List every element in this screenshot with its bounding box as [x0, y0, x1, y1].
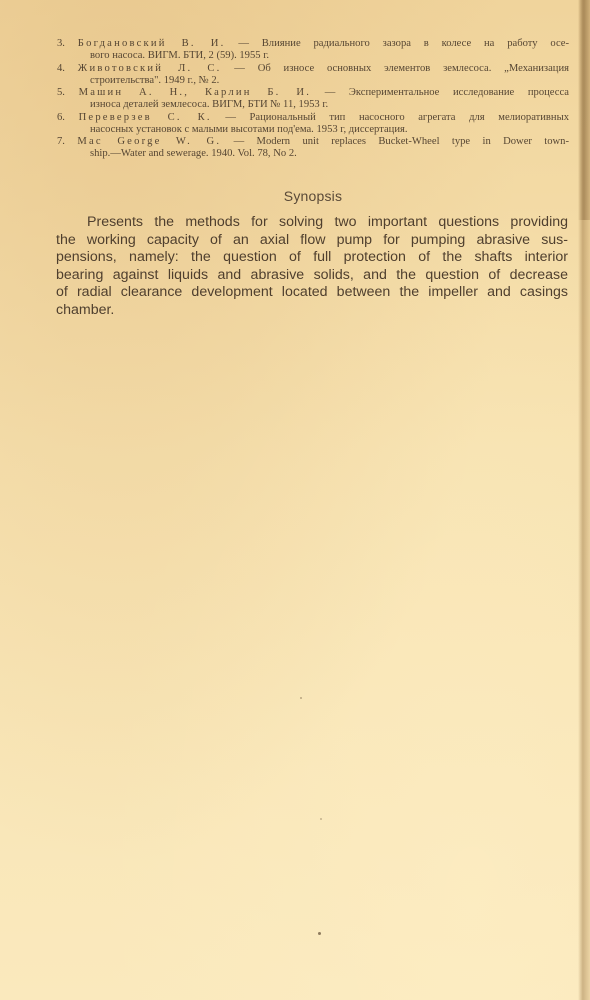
- page-edge-shadow-upper: [578, 0, 590, 220]
- synopsis-line: pensions, namely: the question of full p…: [56, 249, 568, 267]
- reference-number: 7.: [57, 136, 65, 147]
- reference-item: 3. Богдановский В. И. — Влияние радиальн…: [57, 38, 569, 62]
- synopsis-line: the working capacity of an axial flow pu…: [56, 232, 568, 250]
- paper-speck: [300, 697, 302, 699]
- synopsis-paragraph: Presents the methods for solving two imp…: [56, 214, 568, 319]
- reference-line-2: вого насоса. ВИГМ. БТИ, 2 (59). 1955 г.: [57, 50, 569, 62]
- reference-author: Mac George W. G.: [77, 136, 221, 147]
- reference-title: — Modern unit replaces Bucket-Wheel type…: [234, 136, 569, 147]
- reference-number: 6.: [57, 112, 65, 123]
- paper-speck: [318, 932, 321, 935]
- reference-line-2: ship.—Water and sewerage. 1940. Vol. 78,…: [57, 148, 569, 160]
- reference-line-1: 3. Богдановский В. И. — Влияние радиальн…: [57, 38, 569, 50]
- reference-title: — Влияние радиального зазора в колесе на…: [238, 38, 569, 49]
- reference-item: 4. Животовский Л. С. — Об износе основны…: [57, 63, 569, 87]
- reference-author: Животовский Л. С.: [78, 63, 222, 74]
- reference-item: 6. Переверзев С. К. — Рациональный тип н…: [57, 112, 569, 136]
- reference-author: Богдановский В. И.: [78, 38, 226, 49]
- reference-list: 3. Богдановский В. И. — Влияние радиальн…: [57, 38, 569, 161]
- reference-item: 5. Машин А. Н., Карлин Б. И. — Экспериме…: [57, 87, 569, 111]
- synopsis-title-text: Synopsis: [284, 188, 342, 204]
- reference-line-1: 4. Животовский Л. С. — Об износе основны…: [57, 63, 569, 75]
- reference-author: Переверзев С. К.: [79, 112, 212, 123]
- synopsis-line: bearing against liquids and abrasive sol…: [56, 267, 568, 285]
- reference-item: 7. Mac George W. G. — Modern unit replac…: [57, 136, 569, 160]
- reference-number: 5.: [57, 87, 65, 98]
- reference-line-1: 7. Mac George W. G. — Modern unit replac…: [57, 136, 569, 148]
- reference-author: Машин А. Н., Карлин Б. И.: [79, 87, 311, 98]
- synopsis-heading: Synopsis: [0, 188, 590, 204]
- reference-number: 3.: [57, 38, 65, 49]
- synopsis-line: Presents the methods for solving two imp…: [56, 214, 568, 232]
- synopsis-line: chamber.: [56, 302, 568, 320]
- reference-title: — Экспериментальное исследование процесс…: [325, 87, 569, 98]
- reference-title: — Об износе основных элементов землесоса…: [234, 63, 569, 74]
- reference-line-1: 6. Переверзев С. К. — Рациональный тип н…: [57, 112, 569, 124]
- reference-title: — Рациональный тип насосного агрегата дл…: [225, 112, 569, 123]
- reference-line-2: строительства". 1949 г., № 2.: [57, 75, 569, 87]
- synopsis-line: of radial clearance development located …: [56, 284, 568, 302]
- reference-line-1: 5. Машин А. Н., Карлин Б. И. — Экспериме…: [57, 87, 569, 99]
- reference-line-2: насосных установок с малыми высотами под…: [57, 124, 569, 136]
- reference-line-2: износа деталей землесоса. ВИГМ, БТИ № 11…: [57, 99, 569, 111]
- reference-number: 4.: [57, 63, 65, 74]
- paper-speck: [320, 818, 322, 820]
